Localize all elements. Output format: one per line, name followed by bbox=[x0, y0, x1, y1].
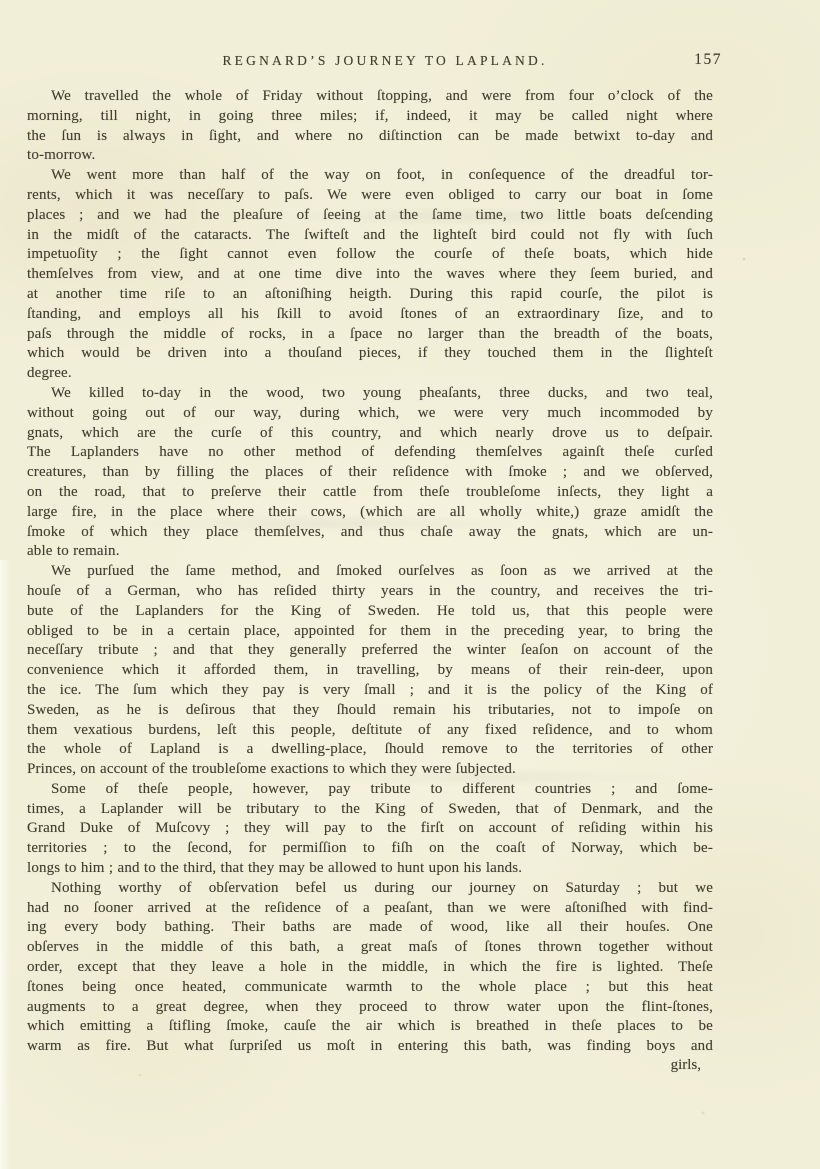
body-text: We travelled the whole of Friday without… bbox=[27, 87, 713, 1057]
text-line: order, except that they leave a hole in … bbox=[27, 958, 713, 978]
text-line: large fire, in the place where their cow… bbox=[27, 503, 713, 523]
text-line: at another time riſe to an aſtoniſhing h… bbox=[27, 285, 713, 305]
text-line: Sweden, as he is deſirous that they ſhou… bbox=[27, 701, 713, 721]
text-line: places ; and we had the pleaſure of ſeei… bbox=[27, 206, 713, 226]
paragraph: We travelled the whole of Friday without… bbox=[27, 87, 713, 166]
text-line: houſe of a German, who has reſided thirt… bbox=[27, 582, 713, 602]
text-line: on the road, that to preſerve their catt… bbox=[27, 483, 713, 503]
text-line: Princes, on account of the troubleſome e… bbox=[27, 760, 713, 780]
paragraph: Nothing worthy of obſervation befel us d… bbox=[27, 879, 713, 1057]
paragraph: We purſued the ſame method, and ſmoked o… bbox=[27, 562, 713, 780]
text-line: The Laplanders have no other method of d… bbox=[27, 443, 713, 463]
text-line: We travelled the whole of Friday without… bbox=[27, 87, 713, 107]
text-line: themſelves from view, and at one time di… bbox=[27, 265, 713, 285]
text-line: in the midſt of the cataracts. The ſwift… bbox=[27, 226, 713, 246]
text-line: We went more than half of the way on foo… bbox=[27, 166, 713, 186]
page-edge-highlight bbox=[0, 560, 10, 1169]
text-line: ſtanding, and employs all his ſkill to a… bbox=[27, 305, 713, 325]
text-line: to-morrow. bbox=[27, 146, 713, 166]
text-line: the ice. The ſum which they pay is very … bbox=[27, 681, 713, 701]
catchword: girls, bbox=[671, 1057, 701, 1073]
text-line: the ſun is always in ſight, and where no… bbox=[27, 127, 713, 147]
book-page: REGNARD’S JOURNEY TO LAPLAND. 157 We tra… bbox=[0, 0, 820, 1169]
running-head: REGNARD’S JOURNEY TO LAPLAND. bbox=[222, 53, 547, 69]
text-line: ſmoke of which they place themſelves, an… bbox=[27, 523, 713, 543]
text-line: creatures, than by filling the places of… bbox=[27, 463, 713, 483]
text-line: warm as fire. But what ſurpriſed us moſt… bbox=[27, 1037, 713, 1057]
text-line: Nothing worthy of obſervation befel us d… bbox=[27, 879, 713, 899]
text-line: convenience which it afforded them, in t… bbox=[27, 661, 713, 681]
text-line: them vexatious burdens, leſt this people… bbox=[27, 721, 713, 741]
text-line: the whole of Lapland is a dwelling-place… bbox=[27, 740, 713, 760]
text-line: neceſſary tribute ; and that they genera… bbox=[27, 641, 713, 661]
page-number: 157 bbox=[694, 51, 722, 69]
text-line: impetuoſity ; the ſight cannot even foll… bbox=[27, 245, 713, 265]
text-line: able to remain. bbox=[27, 542, 713, 562]
page-header: REGNARD’S JOURNEY TO LAPLAND. 157 bbox=[27, 53, 713, 75]
text-line: which emitting a ſtifling ſmoke, cauſe t… bbox=[27, 1017, 713, 1037]
text-line: We purſued the ſame method, and ſmoked o… bbox=[27, 562, 713, 582]
text-line: augments to a great degree, when they pr… bbox=[27, 998, 713, 1018]
text-line: gnats, which are the curſe of this count… bbox=[27, 424, 713, 444]
text-line: territories ; to the ſecond, for permiſſ… bbox=[27, 839, 713, 859]
text-line: morning, till night, in going three mile… bbox=[27, 107, 713, 127]
text-line: times, a Laplander will be tributary to … bbox=[27, 800, 713, 820]
text-line: longs to him ; and to the third, that th… bbox=[27, 859, 713, 879]
text-line: Grand Duke of Muſcovy ; they will pay to… bbox=[27, 819, 713, 839]
text-line: We killed to-day in the wood, two young … bbox=[27, 384, 713, 404]
text-line: degree. bbox=[27, 364, 713, 384]
text-line: which would be driven into a thouſand pi… bbox=[27, 344, 713, 364]
text-line: ing every body bathing. Their baths are … bbox=[27, 918, 713, 938]
text-line: paſs through the middle of rocks, in a ſ… bbox=[27, 325, 713, 345]
catchword-row: girls, bbox=[27, 1057, 713, 1074]
paragraph: We went more than half of the way on foo… bbox=[27, 166, 713, 384]
text-line: Some of theſe people, however, pay tribu… bbox=[27, 780, 713, 800]
text-line: without going out of our way, during whi… bbox=[27, 404, 713, 424]
text-line: bute of the Laplanders for the King of S… bbox=[27, 602, 713, 622]
text-line: had no ſooner arrived at the reſidence o… bbox=[27, 899, 713, 919]
paragraph: We killed to-day in the wood, two young … bbox=[27, 384, 713, 562]
text-line: obliged to be in a certain place, appoin… bbox=[27, 622, 713, 642]
paragraph: Some of theſe people, however, pay tribu… bbox=[27, 780, 713, 879]
text-line: obſerves in the middle of this bath, a g… bbox=[27, 938, 713, 958]
text-line: ſtones being once heated, communicate wa… bbox=[27, 978, 713, 998]
text-line: rents, which it was neceſſary to paſs. W… bbox=[27, 186, 713, 206]
